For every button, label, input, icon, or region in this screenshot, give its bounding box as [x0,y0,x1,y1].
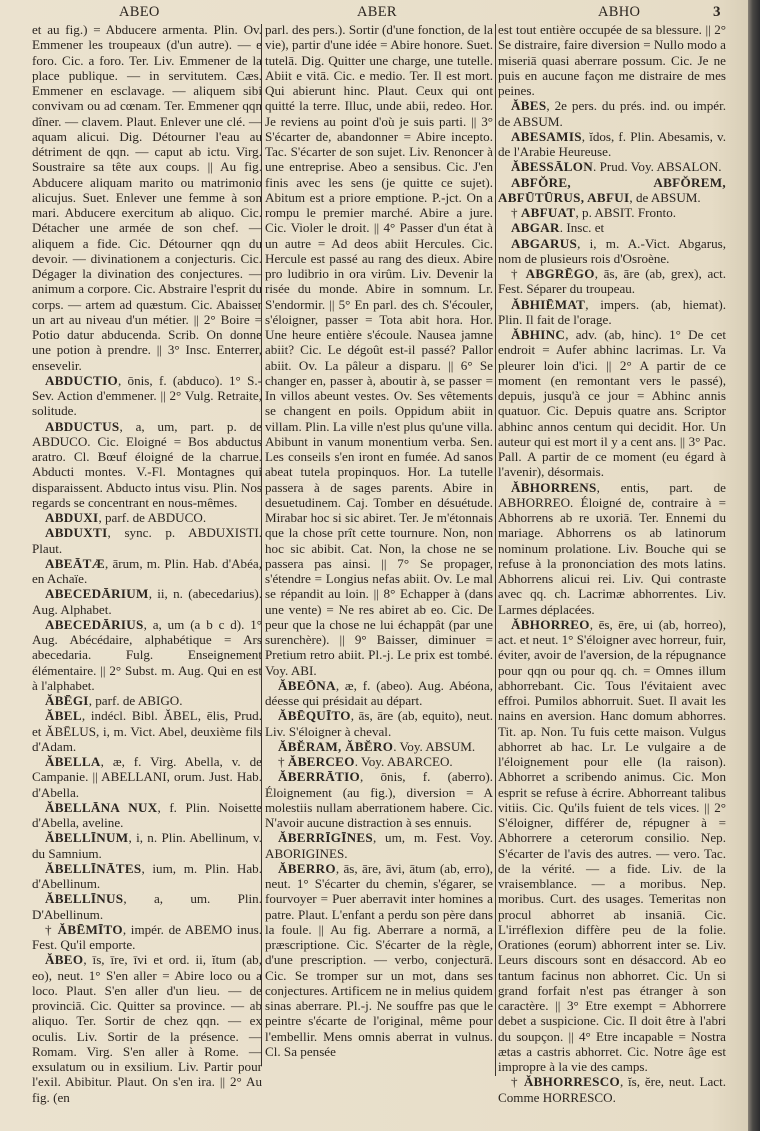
guide-word-left: ABEO [119,4,160,21]
definition-text: . Voy. ABARCEO. [355,754,453,769]
definition-text: . Voy. ABSUM. [393,739,475,754]
definition-text: , entis, part. de ABHORREO. Éloigné de, … [498,480,726,617]
definition-text: , ēs, ēre, ui (ab, horreo), act. et neut… [498,617,726,1074]
dictionary-entry: ABGAR. Insc. et [498,220,726,235]
definition-text: , adv. (ab, hinc). 1° De cet endroit = A… [498,327,726,479]
dictionary-entry: ĂBELLĪNUM, i, n. Plin. Abellinum, v. du … [32,830,262,861]
dictionary-entry: ĂBĒQUĪTO, ās, āre (ab, equito), neut. Li… [265,708,493,739]
headword: ĂBĒMĪTO [58,922,123,937]
dictionary-entry: ĂBERRĀTIO, ōnis, f. (aberro). Éloignemen… [265,769,493,830]
dictionary-entry: † ĂBĒMĪTO, impér. de ABEMO inus. Fest. Q… [32,922,262,953]
definition-text: , īs, īre, īvi et ord. ii, ĭtum (ab, eo)… [32,952,262,1104]
headword: ĂBESSĀLON [511,159,593,174]
dictionary-entry: ĂBEL, indécl. Bibl. ĂBEL, ēlis, Prud. et… [32,708,262,754]
dictionary-entry: ABDUXI, parf. de ABDUCO. [32,510,262,525]
headword: ABDUCTUS [45,419,119,434]
dictionary-entry: ĂBESSĀLON. Prud. Voy. ABSALON. [498,159,726,174]
dictionary-entry: ĂBERRĪGĪNES, um, m. Fest. Voy. ABORIGINE… [265,830,493,861]
entry-continuation: parl. des pers.). Sortir (d'une fonction… [265,22,493,678]
dictionary-entry: † ABGRĒGO, ās, āre (ab, grex), act. Fest… [498,266,726,297]
column-left: et au fig.) = Abducere armenta. Plin. Ov… [32,22,262,1105]
dictionary-entry: ABFŎRE, ABFŎREM, ABFŪTŪRUS, ABFUI, de AB… [498,175,726,206]
headword: ĂBELLA [45,754,101,769]
dagger-icon: † [511,1074,524,1089]
dictionary-entry: ABEĀTÆ, ārum, m. Plin. Hab. d'Abéa, en A… [32,556,262,587]
dictionary-entry: ABESAMIS, ĭdos, f. Plin. Abesamis, v. de… [498,129,726,160]
definition-text: , parf. de ABDUCO. [98,510,206,525]
dictionary-entry: ĂBHORRENS, entis, part. de ABHORREO. Élo… [498,480,726,617]
dictionary-entry: ĂBEO, īs, īre, īvi et ord. ii, ĭtum (ab,… [32,952,262,1105]
headword: ĂBĒGI [45,693,89,708]
dictionary-entry: ABDUCTUS, a, um, part. p. de ABDUCO. Cic… [32,419,262,511]
headword: ABEĀTÆ [45,556,105,571]
definition-text: , de ABSUM. [629,190,700,205]
headword: ĂBHORREO [511,617,590,632]
headword: ABGARUS [511,236,577,251]
entry-continuation: et au fig.) = Abducere armenta. Plin. Ov… [32,22,262,373]
page-number: 3 [713,4,721,21]
dictionary-entry: ĂBELLĀNA NUX, f. Plin. Noisette d'Abella… [32,800,262,831]
headword: ĂBHORRENS [511,480,597,495]
definition-text: parl. des pers.). Sortir (d'une fonction… [265,22,493,678]
running-header: ABEO ABER ABHO 3 [0,4,748,24]
dictionary-entry: ĂBHINC, adv. (ab, hinc). 1° De cet endro… [498,327,726,480]
headword: ĂBERCEO [288,754,355,769]
entry-continuation: est tout entière occupée de sa blessure.… [498,22,726,98]
dictionary-entry: † ĂBERCEO. Voy. ABARCEO. [265,754,493,769]
dictionary-entry: † ABFUAT, p. ABSIT. Fronto. [498,205,726,220]
headword: ĂBEO [45,952,83,967]
column-right: est tout entière occupée de sa blessure.… [498,22,726,1105]
guide-word-right: ABHO [598,4,640,21]
headword: ĂBĒQUĪTO [278,708,351,723]
headword: ĂBELLĪNUM [45,830,128,845]
headword: ABDUCTIO [45,373,118,388]
dictionary-entry: ABDUCTIO, ōnis, f. (abduco). 1° S.-Sev. … [32,373,262,419]
dagger-icon: † [278,754,288,769]
column-middle: parl. des pers.). Sortir (d'une fonction… [265,22,493,1059]
headword: ABECEDĀRIUM [45,586,149,601]
headword: ĂBĔRAM, ĂBĔRO [278,739,393,754]
definition-text: , ās, āre, āvi, ātum (ab, erro), neut. 1… [265,861,493,1059]
headword: ABGAR [511,220,560,235]
dictionary-entry: ĂBEŌNA, æ, f. (abeo). Aug. Abéona, déess… [265,678,493,709]
dagger-icon: † [45,922,58,937]
dictionary-entry: ABDUXTI, sync. p. ABDUXISTI. Plaut. [32,525,262,556]
headword: ĂBERRO [278,861,336,876]
definition-text: est tout entière occupée de sa blessure.… [498,22,726,98]
headword: ABFUAT [521,205,576,220]
headword: ĂBHINC [511,327,565,342]
dictionary-entry: ABGARUS, i, m. A.-Vict. Abgarus, nom de … [498,236,726,267]
dictionary-entry: ĂBELLĪNĀTES, ium, m. Plin. Hab. d'Abelli… [32,861,262,892]
definition-text: , parf. de ABIGO. [89,693,183,708]
definition-text: , p. ABSIT. Fronto. [576,205,677,220]
headword: ĂBEŌNA [278,678,336,693]
headword: ĂBEL [45,708,82,723]
dictionary-entry: ĂBHORREO, ēs, ēre, ui (ab, horreo), act.… [498,617,726,1075]
dagger-icon: † [511,266,526,281]
headword: ĂBHORRESCO [524,1074,620,1089]
headword: ĂBERRĀTIO [278,769,360,784]
headword: ABECEDĀRIUS [45,617,144,632]
headword: ĂBELLĪNĀTES [45,861,141,876]
headword: ABDUXI [45,510,98,525]
dictionary-entry: ĂBĒGI, parf. de ABIGO. [32,693,262,708]
dictionary-entry: ĂBELLĪNUS, a, um. Plin. D'Abellinum. [32,891,262,922]
headword: ABGRĒGO [526,266,595,281]
guide-word-center: ABER [357,4,397,21]
dictionary-entry: ĂBĔRAM, ĂBĔRO. Voy. ABSUM. [265,739,493,754]
headword: ĂBHIĒMAT [511,297,585,312]
book-spine-shadow [748,0,760,1131]
headword: ABESAMIS [511,129,582,144]
dictionary-entry: † ĂBHORRESCO, ĭs, ĕre, neut. Lact. Comme… [498,1074,726,1105]
definition-text: . Insc. et [560,220,604,235]
headword: ĂBES [511,98,546,113]
headword: ĂBERRĪGĪNES [278,830,373,845]
definition-text: . Prud. Voy. ABSALON. [593,159,722,174]
dagger-icon: † [511,205,521,220]
dictionary-entry: ĂBELLA, æ, f. Virg. Abella, v. de Campan… [32,754,262,800]
headword: ĂBELLĀNA NUX [45,800,158,815]
headword: ABDUXTI [45,525,108,540]
column-divider-2 [495,24,496,1076]
dictionary-entry: ABECEDĀRIUS, a, um (a b c d). 1° Aug. Ab… [32,617,262,693]
definition-text: et au fig.) = Abducere armenta. Plin. Ov… [32,22,262,373]
dictionary-entry: ĂBHIĒMAT, impers. (ab, hiemat). Plin. Il… [498,297,726,328]
headword: ĂBELLĪNUS [45,891,123,906]
dictionary-entry: ABECEDĀRIUM, ii, n. (abecedarius). Aug. … [32,586,262,617]
dictionary-entry: ĂBERRO, ās, āre, āvi, ātum (ab, erro), n… [265,861,493,1059]
dictionary-entry: ĂBES, 2e pers. du prés. ind. ou impér. d… [498,98,726,129]
